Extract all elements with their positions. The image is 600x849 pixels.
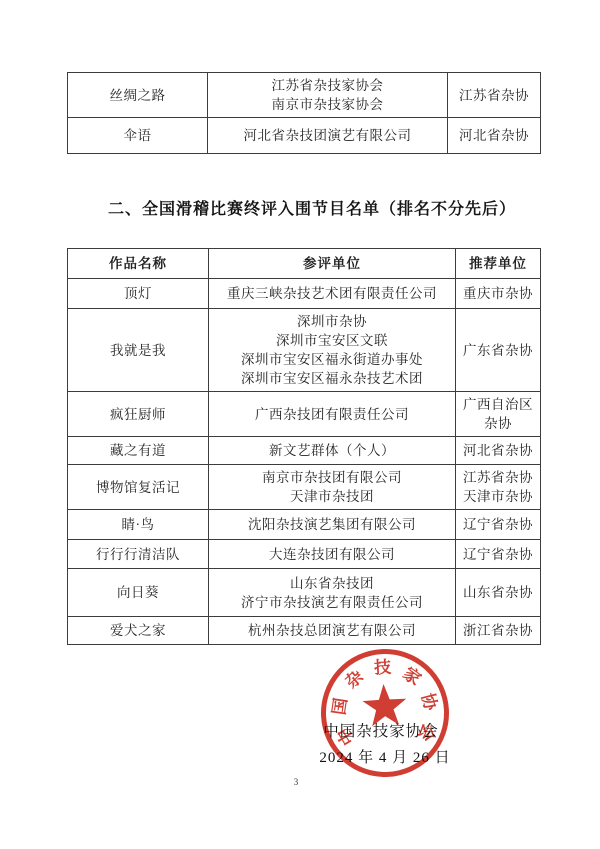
seal-char: 协 [418, 691, 442, 713]
recommending-unit-cell: 广东省杂协 [456, 309, 541, 392]
main-table-body: 顶灯重庆三峡杂技艺术团有限责任公司重庆市杂协我就是我深圳市杂协 深圳市宝安区文联… [68, 279, 541, 645]
recommending-unit-cell: 辽宁省杂协 [456, 540, 541, 569]
work-title-cell: 我就是我 [68, 309, 209, 392]
participating-unit-cell: 南京市杂技团有限公司 天津市杂技团 [209, 465, 456, 510]
work-title-cell: 向日葵 [68, 569, 209, 617]
table-row: 爱犬之家杭州杂技总团演艺有限公司浙江省杂协 [68, 617, 541, 645]
table-row: 我就是我深圳市杂协 深圳市宝安区文联 深圳市宝安区福永街道办事处 深圳市宝安区福… [68, 309, 541, 392]
table-row: 疯狂厨师广西杂技团有限责任公司广西自治区 杂协 [68, 392, 541, 437]
participating-unit-cell: 重庆三峡杂技艺术团有限责任公司 [209, 279, 456, 309]
recommending-unit-cell: 江苏省杂协 [448, 73, 541, 118]
recommending-unit-cell: 江苏省杂协 天津市杂协 [456, 465, 541, 510]
work-title-cell: 行行行清洁队 [68, 540, 209, 569]
table-row: 博物馆复活记南京市杂技团有限公司 天津市杂技团江苏省杂协 天津市杂协 [68, 465, 541, 510]
recommending-unit-cell: 浙江省杂协 [456, 617, 541, 645]
header-work-title: 作品名称 [68, 249, 209, 279]
participating-unit-cell: 深圳市杂协 深圳市宝安区文联 深圳市宝安区福永街道办事处 深圳市宝安区福永杂技艺… [209, 309, 456, 392]
participating-unit-cell: 沈阳杂技演艺集团有限公司 [209, 510, 456, 540]
document-page: 丝绸之路江苏省杂技家协会 南京市杂技家协会江苏省杂协伞语河北省杂技团演艺有限公司… [0, 0, 600, 849]
continuation-table: 丝绸之路江苏省杂技家协会 南京市杂技家协会江苏省杂协伞语河北省杂技团演艺有限公司… [67, 72, 541, 154]
work-title-cell: 伞语 [68, 118, 208, 154]
participating-unit-cell: 广西杂技团有限责任公司 [209, 392, 456, 437]
seal-char: 技 [373, 657, 392, 678]
work-title-cell: 丝绸之路 [68, 73, 208, 118]
participating-unit-cell: 新文艺群体（个人） [209, 437, 456, 465]
table-row: 顶灯重庆三峡杂技艺术团有限责任公司重庆市杂协 [68, 279, 541, 309]
header-participating-unit: 参评单位 [209, 249, 456, 279]
header-recommending-unit: 推荐单位 [456, 249, 541, 279]
table-header-row: 作品名称 参评单位 推荐单位 [68, 249, 541, 279]
seal-char: 杂 [342, 667, 367, 692]
table-row: 伞语河北省杂技团演艺有限公司河北省杂协 [68, 118, 541, 154]
main-table: 作品名称 参评单位 推荐单位 顶灯重庆三峡杂技艺术团有限责任公司重庆市杂协我就是… [67, 248, 541, 645]
table-row: 丝绸之路江苏省杂技家协会 南京市杂技家协会江苏省杂协 [68, 73, 541, 118]
table-row: 睛·鸟沈阳杂技演艺集团有限公司辽宁省杂协 [68, 510, 541, 540]
work-title-cell: 博物馆复活记 [68, 465, 209, 510]
seal-char: 家 [399, 663, 425, 689]
recommending-unit-cell: 辽宁省杂协 [456, 510, 541, 540]
participating-unit-cell: 大连杂技团有限公司 [209, 540, 456, 569]
table-row: 行行行清洁队大连杂技团有限公司辽宁省杂协 [68, 540, 541, 569]
table-row: 向日葵山东省杂技团 济宁市杂技演艺有限责任公司山东省杂协 [68, 569, 541, 617]
recommending-unit-cell: 重庆市杂协 [456, 279, 541, 309]
work-title-cell: 疯狂厨师 [68, 392, 209, 437]
seal-char: 国 [329, 697, 350, 717]
work-title-cell: 爱犬之家 [68, 617, 209, 645]
recommending-unit-cell: 山东省杂协 [456, 569, 541, 617]
table-row: 藏之有道新文艺群体（个人）河北省杂协 [68, 437, 541, 465]
work-title-cell: 睛·鸟 [68, 510, 209, 540]
participating-unit-cell: 河北省杂技团演艺有限公司 [208, 118, 448, 154]
participating-unit-cell: 江苏省杂技家协会 南京市杂技家协会 [208, 73, 448, 118]
work-title-cell: 藏之有道 [68, 437, 209, 465]
section-heading: 二、全国滑稽比赛终评入围节目名单（排名不分先后） [67, 196, 557, 219]
signature-org: 中国杂技家协会 [301, 719, 461, 741]
participating-unit-cell: 杭州杂技总团演艺有限公司 [209, 617, 456, 645]
work-title-cell: 顶灯 [68, 279, 209, 309]
recommending-unit-cell: 广西自治区 杂协 [456, 392, 541, 437]
recommending-unit-cell: 河北省杂协 [448, 118, 541, 154]
signature-date: 2024 年 4 月 26 日 [303, 746, 467, 767]
recommending-unit-cell: 河北省杂协 [456, 437, 541, 465]
participating-unit-cell: 山东省杂技团 济宁市杂技演艺有限责任公司 [209, 569, 456, 617]
page-number: 3 [288, 777, 304, 787]
continuation-table-body: 丝绸之路江苏省杂技家协会 南京市杂技家协会江苏省杂协伞语河北省杂技团演艺有限公司… [68, 73, 541, 154]
